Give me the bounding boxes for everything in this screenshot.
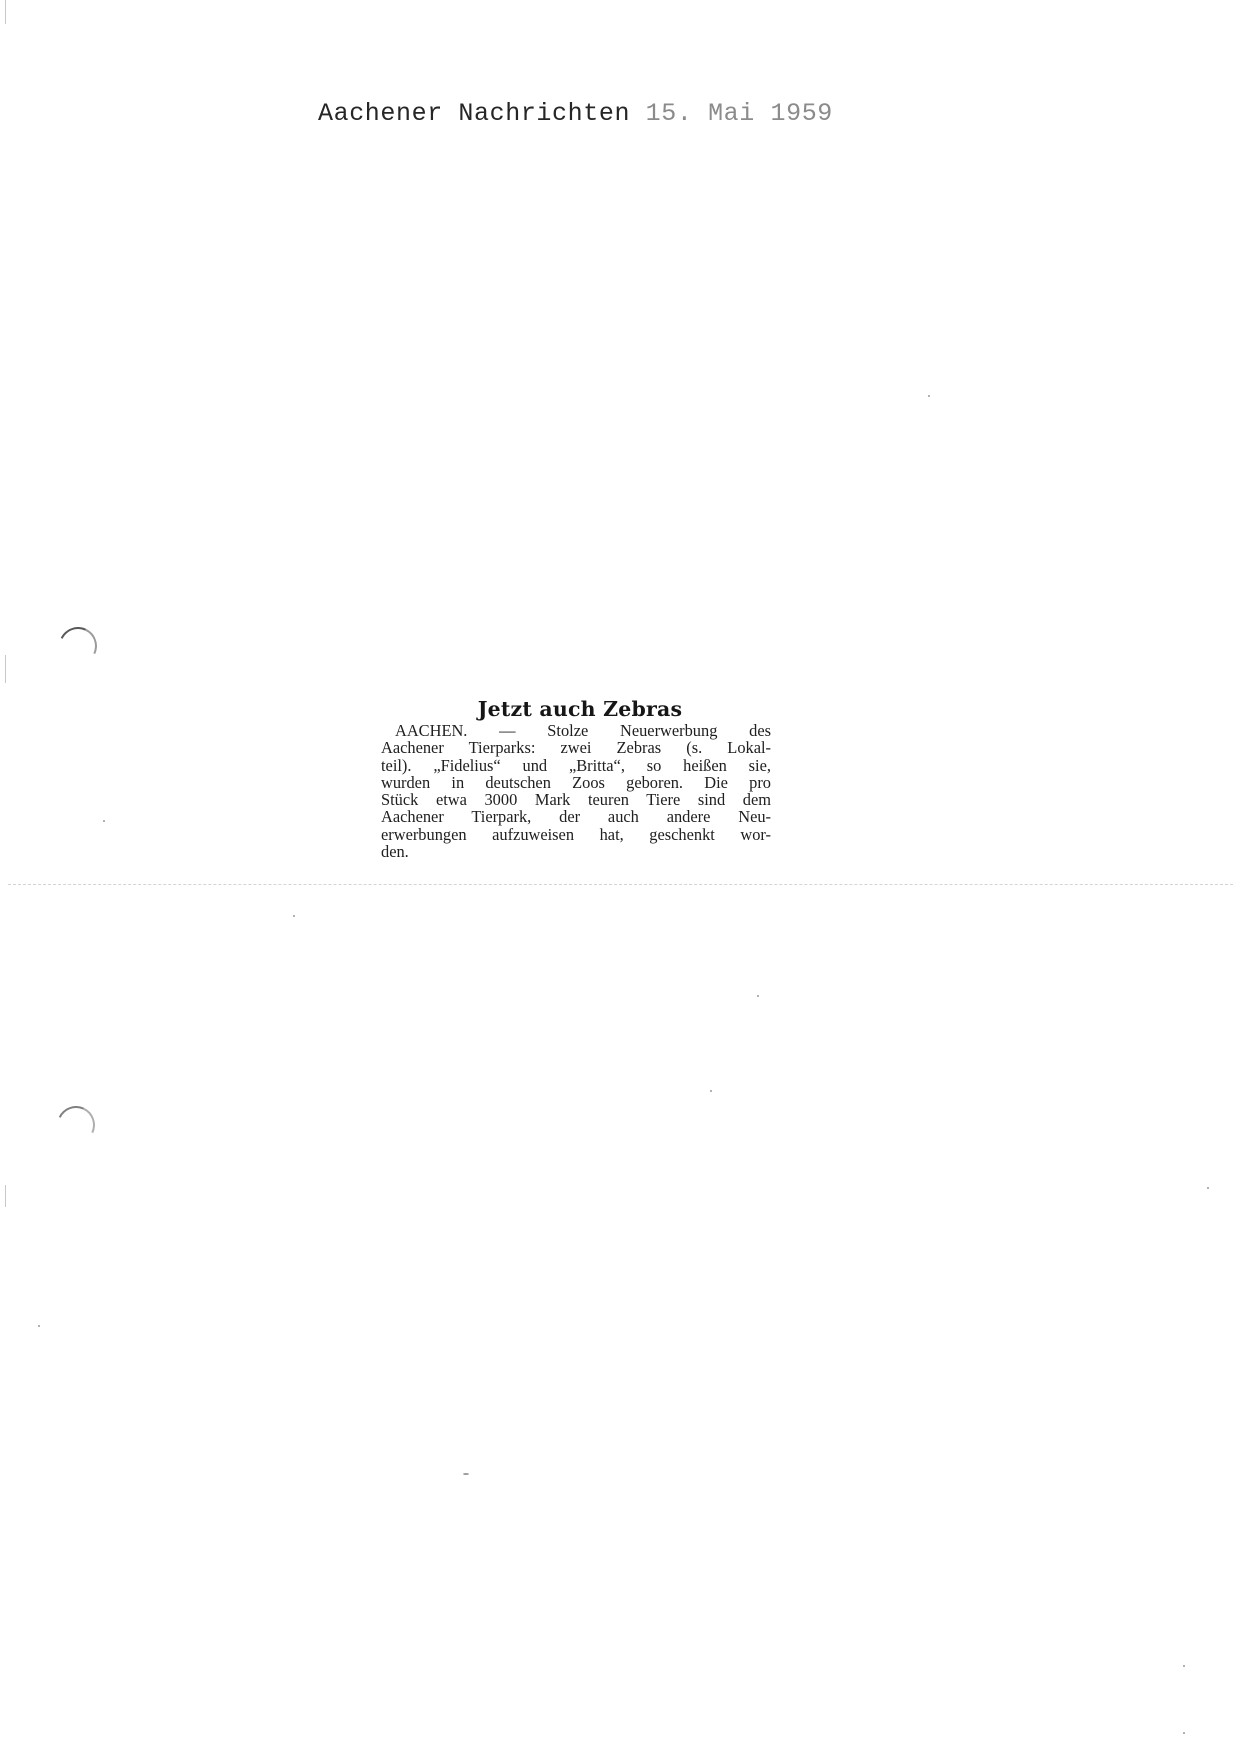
header-date: 15. Mai 1959 xyxy=(646,99,833,128)
article-line: erwerbungen aufzuweisen hat, geschenkt w… xyxy=(381,826,771,843)
scanned-page: Aachener Nachrichten 15. Mai 1959 Jetzt … xyxy=(0,0,1241,1752)
fold-line xyxy=(8,884,1233,885)
article-title: Jetzt auch Zebras xyxy=(381,697,771,721)
edge-mark xyxy=(5,0,6,24)
scan-speck xyxy=(1207,1187,1209,1189)
punch-hole-icon xyxy=(54,622,103,671)
article-line: Aachener Tierpark, der auch andere Neu- xyxy=(381,808,771,825)
article-line: wurden in deutschen Zoos geboren. Die pr… xyxy=(381,774,771,791)
scan-speck xyxy=(710,1090,712,1092)
header-source: Aachener Nachrichten xyxy=(318,99,630,128)
article-line: Aachener Tierparks: zwei Zebras (s. Loka… xyxy=(381,739,771,756)
scan-speck xyxy=(463,1473,469,1475)
typewritten-source-header: Aachener Nachrichten 15. Mai 1959 xyxy=(318,99,833,128)
scan-speck xyxy=(103,820,105,822)
scan-speck xyxy=(928,395,930,397)
edge-mark xyxy=(5,655,6,683)
newspaper-clipping: Jetzt auch Zebras AACHEN. — Stolze Neuer… xyxy=(381,697,771,860)
scan-speck xyxy=(1183,1732,1185,1734)
edge-mark xyxy=(5,1185,6,1207)
scan-speck xyxy=(38,1325,40,1327)
scan-speck xyxy=(293,915,295,917)
scan-speck xyxy=(757,995,759,997)
article-line: den. xyxy=(381,843,771,860)
article-line: AACHEN. — Stolze Neuerwerbung des xyxy=(381,722,771,739)
article-body: AACHEN. — Stolze Neuerwerbung des Aachen… xyxy=(381,722,771,860)
scan-speck xyxy=(1183,1665,1185,1667)
punch-hole-icon xyxy=(52,1101,101,1150)
article-line: Stück etwa 3000 Mark teuren Tiere sind d… xyxy=(381,791,771,808)
article-line: teil). „Fidelius“ und „Britta“, so heiße… xyxy=(381,757,771,774)
